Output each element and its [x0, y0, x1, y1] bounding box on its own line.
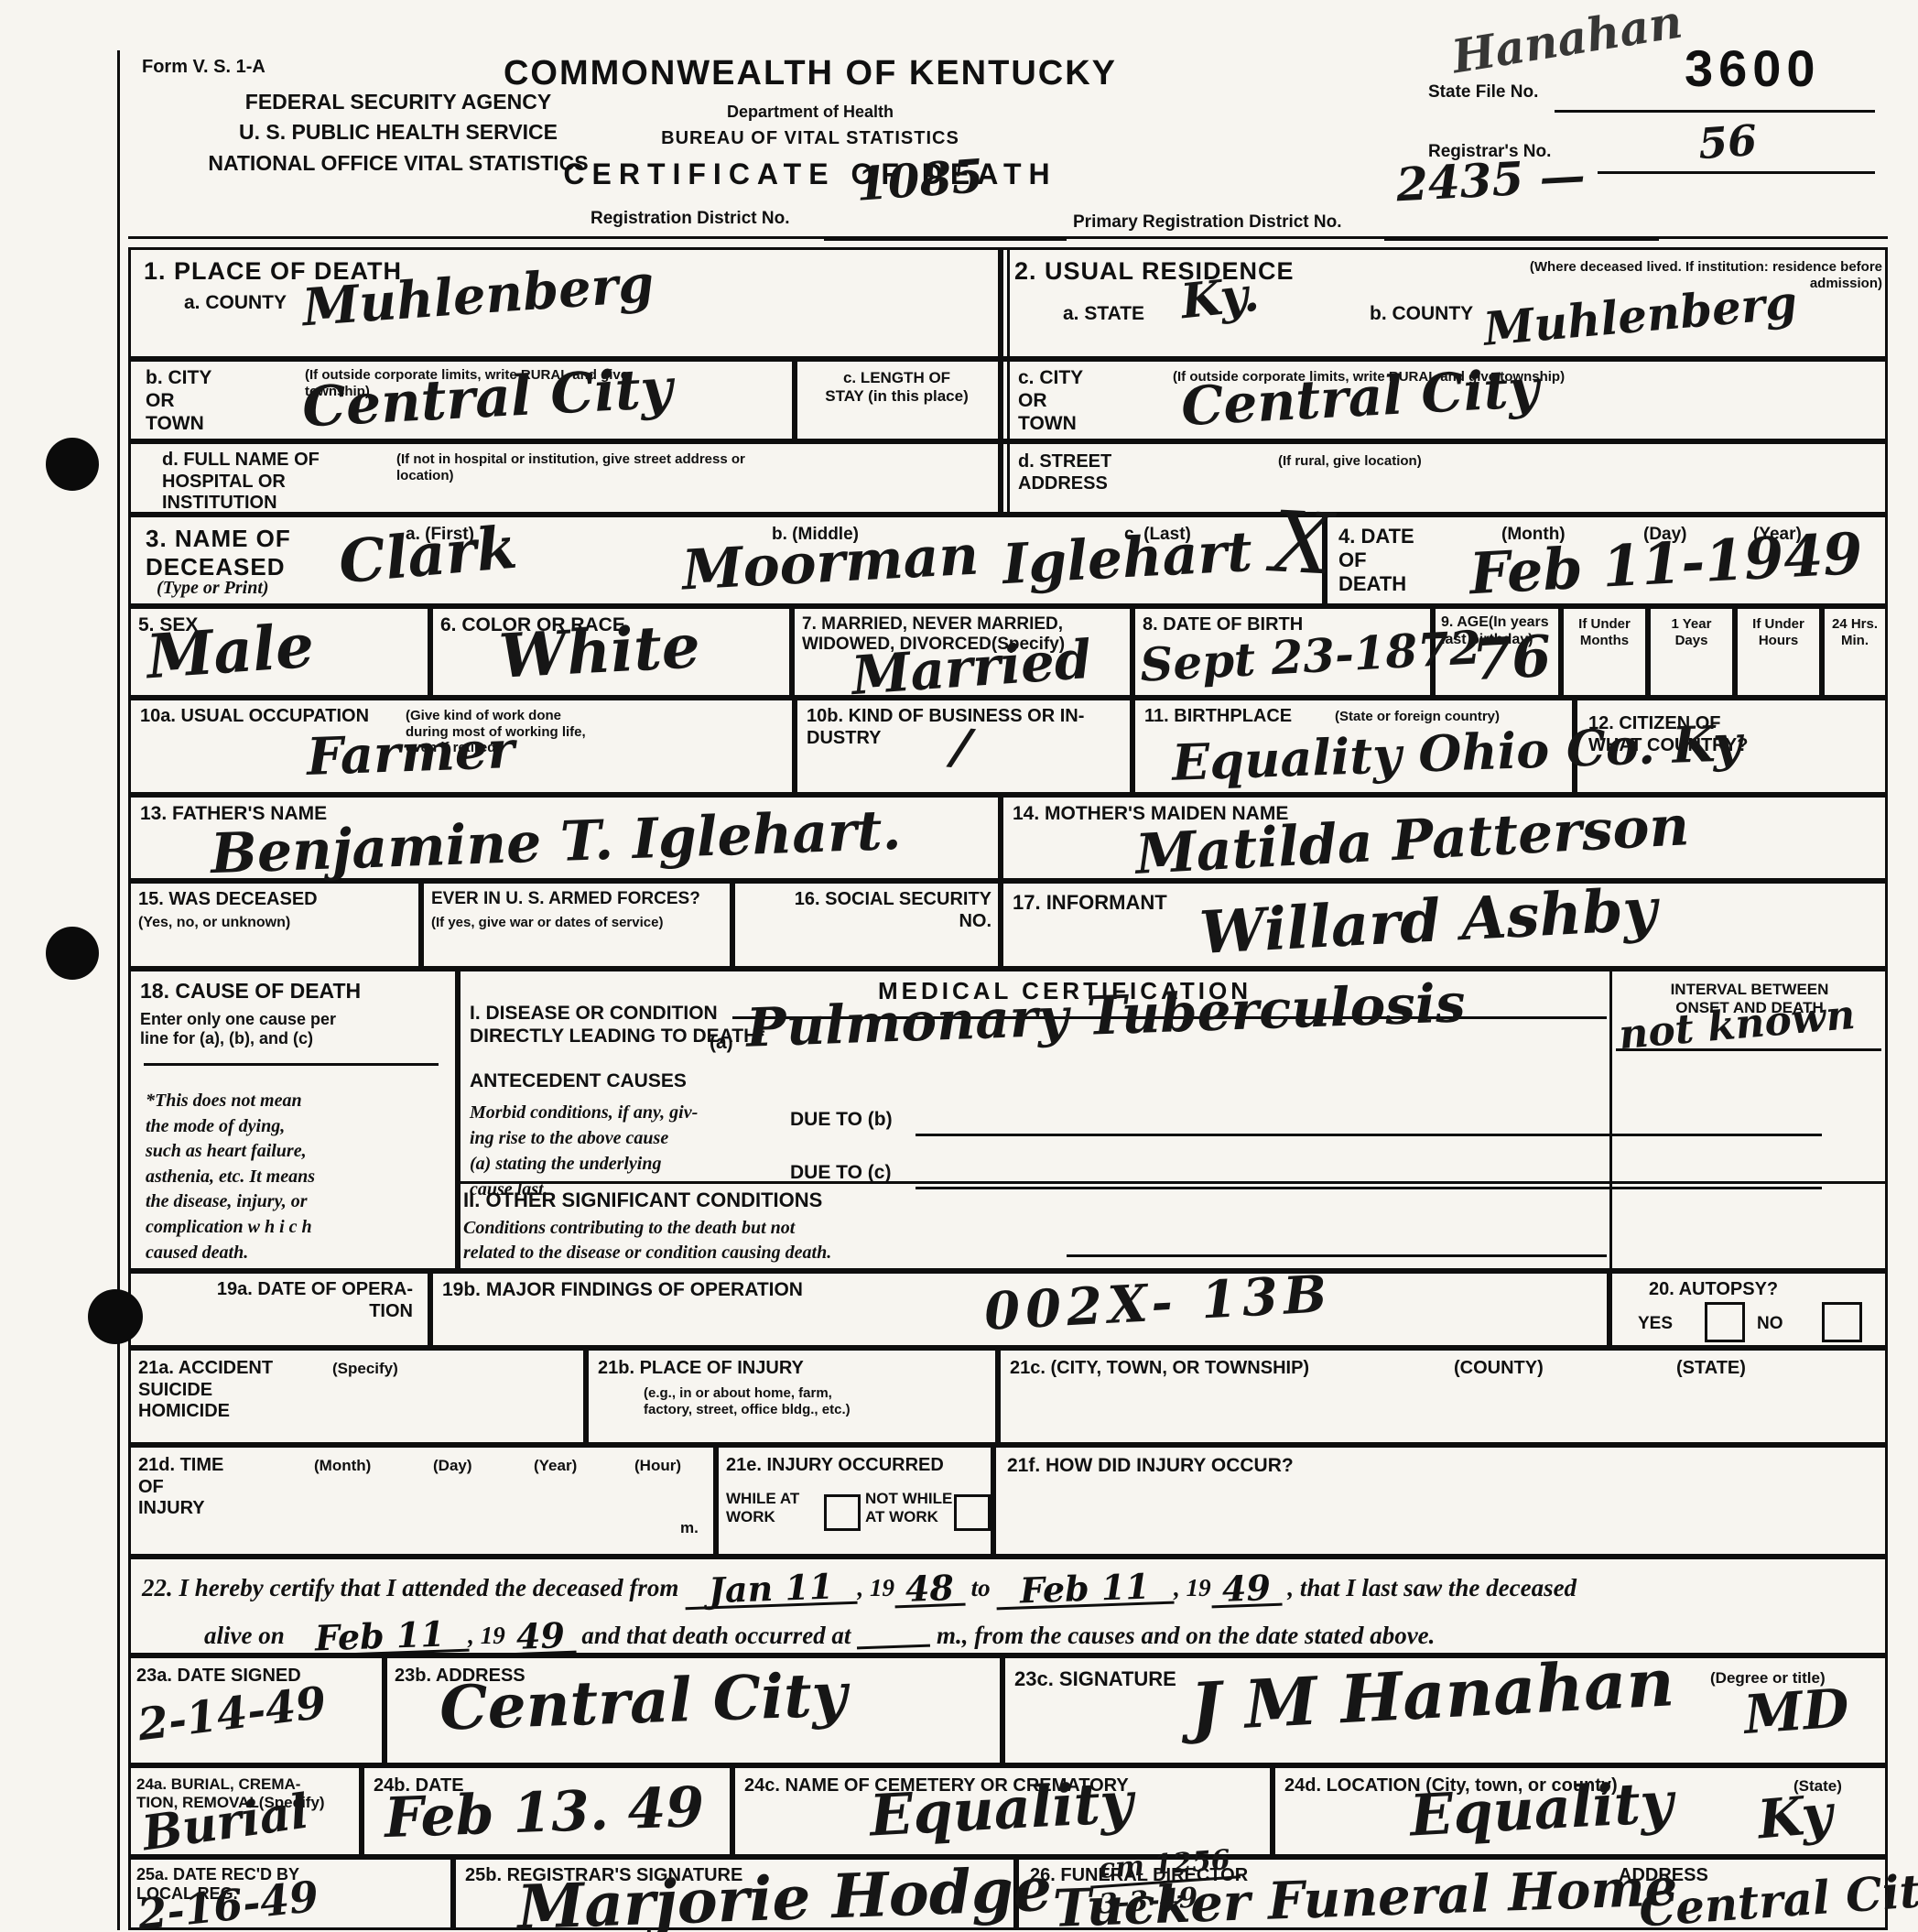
- accident-cell: 21a. ACCIDENT SUICIDE HOMICIDE (Specify): [128, 1348, 586, 1445]
- type-or-print-note: (Type or Print): [157, 578, 269, 599]
- punch-hole: [46, 927, 99, 980]
- burial-date-value: Feb 13. 49: [384, 1780, 705, 1846]
- date-of-death-label: 4. DATE OF DEATH: [1338, 525, 1414, 596]
- date-of-operation-label: 19a. DATE OF OPERA- TION: [138, 1279, 413, 1322]
- injury-city-label: 21c. (CITY, TOWN, OR TOWNSHIP): [1010, 1358, 1309, 1380]
- marital-value: Married: [850, 633, 1093, 702]
- state-file-label: State File No.: [1428, 82, 1538, 103]
- injury-state-label: (STATE): [1676, 1358, 1746, 1380]
- major-findings-label: 19b. MAJOR FINDINGS OF OPERATION: [442, 1279, 803, 1302]
- autopsy-no-label: NO: [1757, 1314, 1783, 1334]
- how-injury-occurred-label: 21f. HOW DID INJURY OCCUR?: [1007, 1455, 1294, 1478]
- occupation-label: 10a. USUAL OCCUPATION: [140, 706, 369, 728]
- form-number: Form V. S. 1-A: [142, 57, 265, 79]
- ssn-cell: 16. SOCIAL SECURITY NO.: [732, 881, 1001, 969]
- middle-name-value: Moorman: [681, 528, 981, 599]
- cause-of-death-title: 18. CAUSE OF DEATH: [140, 979, 361, 1004]
- table-top-double-line: [128, 236, 1888, 239]
- certify-text-4: m., from the causes and on the date stat…: [937, 1622, 1435, 1649]
- cause-of-death-note2: *This does not mean the mode of dying, s…: [146, 1089, 315, 1265]
- alive-on-word: alive on: [204, 1622, 285, 1649]
- printed-19b: , 19: [1174, 1574, 1211, 1601]
- registration-district-label: Registration District No.: [591, 209, 789, 229]
- injury-year-label: (Year): [534, 1457, 577, 1475]
- registrar-signature-value: Marjorie Hodge: [516, 1859, 1053, 1932]
- while-at-work-checkbox: [824, 1494, 861, 1531]
- street-address-label: d. STREET ADDRESS: [1018, 451, 1111, 494]
- residence-county-label: b. COUNTY: [1370, 303, 1473, 326]
- bottom-annotation-line2: 3-3-49: [1098, 1884, 1198, 1918]
- was-deceased-label: 15. WAS DECEASED: [138, 889, 318, 911]
- injury-occurred-label: 21e. INJURY OCCURRED: [726, 1455, 944, 1477]
- injury-city-cell: 21c. (CITY, TOWN, OR TOWNSHIP) (COUNTY) …: [998, 1348, 1888, 1445]
- state-file-script-overwrite: Hanahan: [1449, 0, 1685, 81]
- other-conditions-note: Conditions contributing to the death but…: [463, 1216, 831, 1265]
- residence-state-value: Ky.: [1179, 271, 1262, 327]
- certify-text-3: and that death occurred at: [581, 1622, 851, 1649]
- length-of-stay-cell: c. LENGTH OF STAY (in this place): [795, 359, 1001, 441]
- accident-label: 21a. ACCIDENT SUICIDE HOMICIDE: [138, 1358, 273, 1423]
- commonwealth-title: COMMONWEALTH OF KENTUCKY: [499, 53, 1122, 94]
- first-name-value: Clark: [337, 519, 520, 593]
- last-name-value: Iglehart: [1002, 525, 1254, 592]
- place-city-label: b. CITY OR TOWN: [146, 367, 211, 435]
- due-to-c-line: [916, 1187, 1822, 1189]
- street-address-cell: d. STREET ADDRESS (If rural, give locati…: [1001, 441, 1888, 515]
- age-under-hours-cell: If Under Hours: [1735, 606, 1822, 698]
- antecedent-causes-label: ANTECEDENT CAUSES: [470, 1070, 687, 1093]
- address-value: Central City: [439, 1664, 848, 1738]
- time-of-injury-label: 21d. TIME OF INJURY: [138, 1455, 223, 1520]
- death-certificate-page: Form V. S. 1-A FEDERAL SECURITY AGENCY U…: [0, 0, 1918, 1932]
- date-of-operation-cell: 19a. DATE OF OPERA- TION: [128, 1271, 430, 1348]
- length-of-stay-label: c. LENGTH OF STAY (in this place): [803, 369, 991, 406]
- punch-hole: [46, 438, 99, 491]
- race-value: White: [497, 615, 701, 686]
- informant-label: 17. INFORMANT: [1013, 891, 1167, 915]
- registrar-no-value: 56: [1696, 119, 1758, 165]
- name-title: 3. NAME OF DECEASED: [146, 525, 291, 581]
- printed-19a: , 19: [858, 1574, 895, 1601]
- not-while-at-work-checkbox: [954, 1494, 991, 1531]
- autopsy-no-checkbox: [1822, 1302, 1862, 1342]
- injury-m-label: m.: [680, 1519, 699, 1537]
- disease-a-label: (a): [710, 1032, 733, 1055]
- armed-forces-cell: EVER IN U. S. ARMED FORCES? (If yes, giv…: [421, 881, 732, 969]
- certify-statement-cell: 22. I hereby certify that I attended the…: [128, 1557, 1888, 1655]
- primary-district-value: 2435 —: [1395, 153, 1587, 209]
- x-mark: X: [1271, 500, 1335, 587]
- hospital-cell: d. FULL NAME OF HOSPITAL OR INSTITUTION …: [128, 441, 1001, 515]
- certify-text-1: I hereby certify that I attended the dec…: [179, 1574, 679, 1601]
- certificate-title: CERTIFICATE OF DEATH: [499, 157, 1122, 192]
- scan-edge-line: [117, 50, 120, 1930]
- certify-to-word: to: [971, 1574, 991, 1601]
- attended-from-year: 48: [894, 1572, 965, 1609]
- alive-on-value: Feb 11: [290, 1618, 469, 1658]
- state-file-number: 3600: [1685, 38, 1821, 98]
- injury-month-label: (Month): [314, 1457, 371, 1475]
- was-deceased-note: (Yes, no, or unknown): [138, 915, 290, 932]
- injury-county-label: (COUNTY): [1454, 1358, 1544, 1380]
- due-to-b-label: DUE TO (b): [790, 1109, 893, 1132]
- birthplace-label: 11. BIRTHPLACE: [1144, 706, 1292, 728]
- age-year-days-cell: 1 Year Days: [1648, 606, 1735, 698]
- due-to-b-line: [916, 1134, 1822, 1136]
- hospital-note: (If not in hospital or institution, give…: [396, 451, 927, 483]
- age-value: 76: [1470, 628, 1552, 689]
- other-conditions-title: II. OTHER SIGNIFICANT CONDITIONS: [463, 1189, 822, 1212]
- registration-district-value: 1085: [854, 153, 984, 208]
- printed-19c: , 19: [468, 1622, 505, 1649]
- attended-from-value: Jan 11: [685, 1570, 859, 1611]
- other-conditions-divider: [458, 1181, 1888, 1184]
- certify-text-2: , that I last saw the deceased: [1287, 1574, 1577, 1601]
- injury-hour-label: (Hour): [634, 1457, 681, 1475]
- street-address-note: (If rural, give location): [1278, 453, 1422, 470]
- hospital-label: d. FULL NAME OF HOSPITAL OR INSTITUTION: [162, 450, 320, 515]
- cause-divider-line: [144, 1063, 439, 1066]
- attended-to-value: Feb 11: [996, 1570, 1175, 1611]
- armed-forces-label: EVER IN U. S. ARMED FORCES?: [431, 889, 700, 909]
- cause-of-death-cell: 18. CAUSE OF DEATH Enter only one cause …: [128, 969, 458, 1271]
- autopsy-label: 20. AUTOPSY?: [1649, 1279, 1778, 1301]
- age-under-months-cell: If Under Months: [1561, 606, 1648, 698]
- section-divider-double-line: [1007, 247, 1010, 515]
- burial-location-value: Equality: [1409, 1775, 1674, 1845]
- attended-to-year: 49: [1210, 1572, 1282, 1609]
- usual-residence-note: (Where deceased lived. If institution: r…: [1324, 259, 1882, 291]
- age-24hrs-min-label: 24 Hrs. Min.: [1826, 616, 1883, 648]
- autopsy-yes-checkbox: [1705, 1302, 1745, 1342]
- bureau-title: BUREAU OF VITAL STATISTICS: [499, 128, 1122, 150]
- other-conditions-line: [1067, 1254, 1607, 1257]
- cause-of-death-note1: Enter only one cause per line for (a), (…: [140, 1010, 336, 1048]
- certify-number: 22.: [142, 1574, 173, 1601]
- ssn-label: 16. SOCIAL SECURITY NO.: [744, 889, 992, 932]
- certify-line-1: 22. I hereby certify that I attended the…: [142, 1568, 1872, 1602]
- occupation-value: Farmer: [306, 724, 515, 783]
- degree-value: MD: [1742, 1681, 1850, 1742]
- punch-hole: [88, 1289, 143, 1344]
- autopsy-yes-label: YES: [1638, 1314, 1673, 1334]
- place-of-injury-cell: 21b. PLACE OF INJURY (e.g., in or about …: [586, 1348, 998, 1445]
- residence-city-label: c. CITY OR TOWN: [1018, 367, 1083, 435]
- age-under-months-label: If Under Months: [1566, 616, 1643, 648]
- morbid-conditions-note: Morbid conditions, if any, giv- ing rise…: [470, 1100, 698, 1202]
- residence-state-label: a. STATE: [1063, 303, 1144, 326]
- signature-label: 23c. SIGNATURE: [1014, 1667, 1176, 1691]
- while-at-work-label: WHILE AT WORK: [726, 1490, 799, 1526]
- place-county-label: a. COUNTY: [184, 292, 287, 315]
- burial-state-value: Ky: [1756, 1787, 1835, 1847]
- age-24hrs-min-cell: 24 Hrs. Min.: [1822, 606, 1888, 698]
- not-while-at-work-label: NOT WHILE AT WORK: [865, 1490, 952, 1526]
- injury-day-label: (Day): [433, 1457, 472, 1475]
- sex-value: Male: [145, 615, 316, 688]
- death-hour-blank: [857, 1644, 930, 1650]
- place-of-injury-label: 21b. PLACE OF INJURY: [598, 1358, 804, 1380]
- cemetery-value: Equality: [869, 1775, 1134, 1845]
- was-deceased-cell: 15. WAS DECEASED (Yes, no, or unknown): [128, 881, 421, 969]
- alive-on-year: 49: [504, 1620, 576, 1656]
- age-year-days-label: 1 Year Days: [1653, 616, 1730, 648]
- dept-of-health: Department of Health: [499, 103, 1122, 122]
- armed-forces-note: (If yes, give war or dates of service): [431, 915, 663, 931]
- time-of-injury-cell: 21d. TIME OF INJURY (Month) (Day) (Year)…: [128, 1445, 716, 1557]
- accident-specify-note: (Specify): [332, 1360, 398, 1378]
- how-injury-occurred-cell: 21f. HOW DID INJURY OCCUR?: [993, 1445, 1888, 1557]
- age-under-hours-label: If Under Hours: [1739, 616, 1817, 648]
- primary-district-label: Primary Registration District No.: [1073, 212, 1342, 233]
- place-of-injury-note: (e.g., in or about home, farm, factory, …: [644, 1385, 992, 1417]
